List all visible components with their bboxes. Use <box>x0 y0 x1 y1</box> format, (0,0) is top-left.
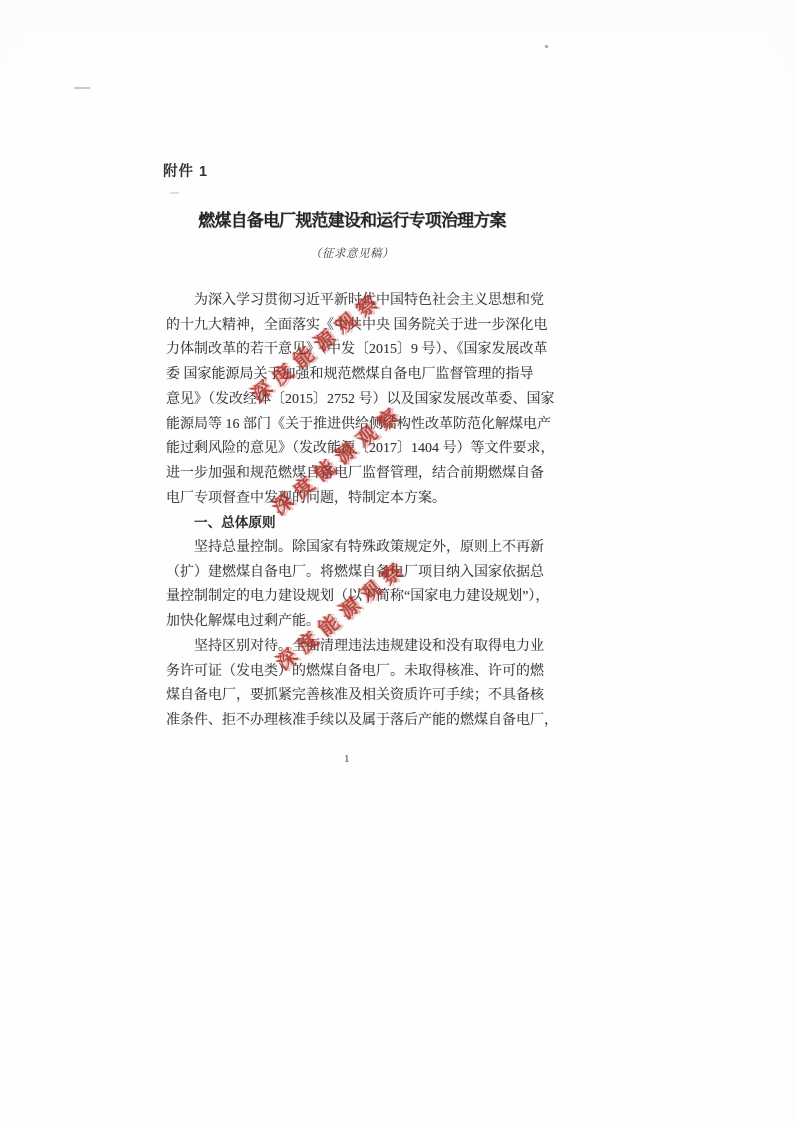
body-line: 力体制改革的若干意见》（中发〔2015〕9 号）、《国家发展改革 <box>166 338 544 363</box>
body-line: 为深入学习贯彻习近平新时代中国特色社会主义思想和党 <box>166 289 544 314</box>
body-line: 的十九大精神，全面落实《中共中央 国务院关于进一步深化电 <box>166 314 544 339</box>
body-line: 能源局等 16 部门《关于推进供给侧结构性改革防范化解煤电产 <box>166 413 544 438</box>
attachment-label: 附件 1 <box>163 160 208 181</box>
scan-artifact-speck <box>170 192 179 194</box>
page-number: 1 <box>344 753 350 765</box>
body-line: 电厂专项督查中发现的问题，特制定本方案。 <box>166 487 544 512</box>
body-line: 务许可证（发电类）的燃煤自备电厂。未取得核准、许可的燃 <box>166 660 544 685</box>
body-line: 量控制制定的电力建设规划（以下简称“国家电力建设规划”）， <box>166 585 544 610</box>
body-line: 进一步加强和规范燃煤自备电厂监督管理，结合前期燃煤自备 <box>166 462 544 487</box>
document-title: 燃煤自备电厂规范建设和运行专项治理方案 <box>166 207 538 231</box>
document-subtitle: （征求意见稿） <box>166 245 538 261</box>
scan-artifact-dash <box>74 87 90 89</box>
body-line: 能过剩风险的意见》（发改能源〔2017〕1404 号）等文件要求， <box>166 437 544 462</box>
body-line: （扩）建燃煤自备电厂。将燃煤自备电厂项目纳入国家依据总 <box>166 561 544 586</box>
section-heading: 一、总体原则 <box>166 511 544 536</box>
body-line: 坚持区别对待。全面清理违法违规建设和没有取得电力业 <box>166 635 544 660</box>
body-line: 委 国家能源局关于加强和规范燃煤自备电厂监督管理的指导 <box>166 363 544 388</box>
scan-artifact-dot <box>545 45 548 48</box>
body-line: 加快化解煤电过剩产能。 <box>166 610 544 635</box>
body-line: 准条件、拒不办理核准手续以及属于落后产能的燃煤自备电厂， <box>166 709 544 734</box>
document-body: 为深入学习贯彻习近平新时代中国特色社会主义思想和党的十九大精神，全面落实《中共中… <box>166 289 544 734</box>
body-line: 坚持总量控制。除国家有特殊政策规定外，原则上不再新 <box>166 536 544 561</box>
scanned-document-page: 附件 1 燃煤自备电厂规范建设和运行专项治理方案 （征求意见稿） 为深入学习贯彻… <box>0 0 796 1121</box>
body-line: 煤自备电厂，要抓紧完善核准及相关资质许可手续；不具备核 <box>166 684 544 709</box>
body-line: 意见》（发改经体〔2015〕2752 号）以及国家发展改革委、国家 <box>166 388 544 413</box>
